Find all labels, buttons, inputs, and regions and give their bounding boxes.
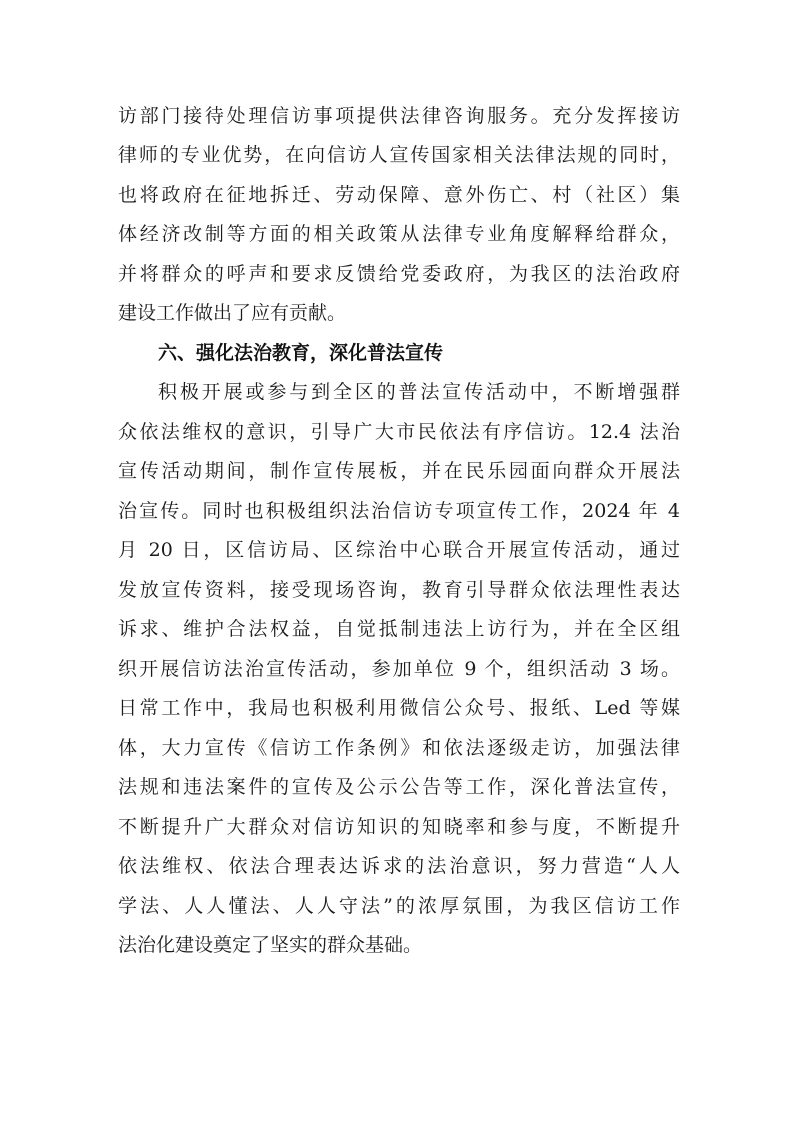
paragraph-2-line-9: 日常工作中，我局也积极利用微信公众号、报纸、Led 等媒 — [118, 693, 680, 723]
paragraph-1-line-5: 并将群众的呼声和要求反馈给党委政府，为我区的法治政府 — [118, 259, 680, 289]
paragraph-2-line-15: 法治化建设奠定了坚实的群众基础。 — [118, 930, 680, 960]
paragraph-1-line-1: 访部门接待处理信访事项提供法律咨询服务。充分发挥接访 — [118, 101, 680, 131]
paragraph-1-line-6: 建设工作做出了应有贡献。 — [118, 298, 680, 328]
paragraph-2-line-4: 治宣传。同时也积极组织法治信访专项宣传工作，2024 年 4 — [118, 496, 680, 526]
paragraph-2-line-6: 发放宣传资料，接受现场咨询，教育引导群众依法理性表达 — [118, 575, 680, 605]
paragraph-2-line-3: 宣传活动期间，制作宣传展板，并在民乐园面向群众开展法 — [118, 456, 680, 486]
paragraph-2-line-1: 积极开展或参与到全区的普法宣传活动中，不断增强群 — [158, 377, 680, 407]
paragraph-2-line-7: 诉求、维护合法权益，自觉抵制违法上访行为，并在全区组 — [118, 614, 680, 644]
section-heading: 六、强化法治教育，深化普法宣传 — [158, 338, 443, 368]
paragraph-2-line-13: 依法维权、依法合理表达诉求的法治意识，努力营造“人人 — [118, 851, 680, 881]
paragraph-2-line-8: 织开展信访法治宣传活动，参加单位 9 个，组织活动 3 场。 — [118, 654, 680, 684]
paragraph-1-line-2: 律师的专业优势，在向信访人宣传国家相关法律法规的同时， — [118, 140, 680, 170]
paragraph-1-line-3: 也将政府在征地拆迁、劳动保障、意外伤亡、村（社区）集 — [118, 180, 680, 210]
paragraph-2-line-10: 体，大力宣传《信访工作条例》和依法逐级走访，加强法律 — [118, 733, 680, 763]
document-page: 访部门接待处理信访事项提供法律咨询服务。充分发挥接访 律师的专业优势，在向信访人… — [0, 0, 792, 1121]
paragraph-1-line-4: 体经济改制等方面的相关政策从法律专业角度解释给群众， — [118, 219, 680, 249]
paragraph-2-line-5: 月 20 日，区信访局、区综治中心联合开展宣传活动，通过 — [118, 535, 680, 565]
paragraph-2-line-14: 学法、人人懂法、人人守法”的浓厚氛围，为我区信访工作 — [118, 891, 680, 921]
paragraph-2-line-11: 法规和违法案件的宣传及公示公告等工作，深化普法宣传， — [118, 772, 680, 802]
paragraph-2-line-2: 众依法维权的意识，引导广大市民依法有序信访。12.4 法治 — [118, 417, 680, 447]
paragraph-2-line-12: 不断提升广大群众对信访知识的知晓率和参与度，不断提升 — [118, 812, 680, 842]
